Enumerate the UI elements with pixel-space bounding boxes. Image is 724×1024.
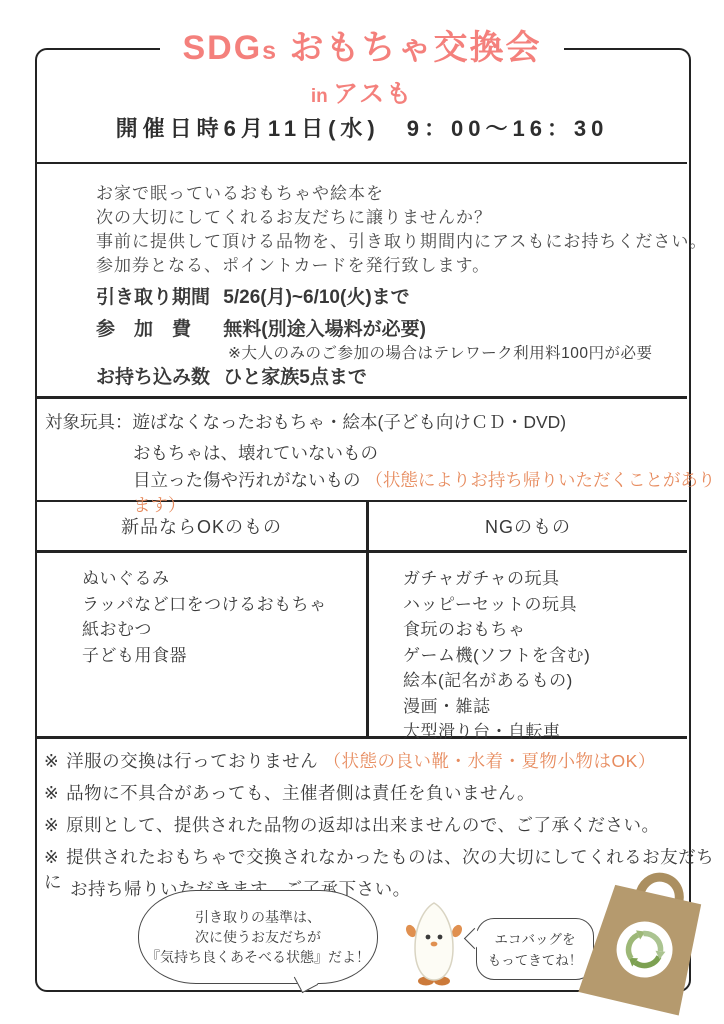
bubble-line: エコバッグを (477, 929, 593, 950)
event-datetime: 開催日時6月11日(水) 9：00～16：30 (0, 112, 724, 143)
subtitle-row: in アスも (0, 74, 724, 110)
list-item: 紙おむつ (82, 617, 327, 643)
subtitle-in: in (311, 86, 333, 107)
flyer-page: SDGs おもちゃ交換会 in アスも 開催日時6月11日(水) 9：00～16… (0, 0, 724, 1024)
ng-items-list: ガチャガチャの玩具 ハッピーセットの玩具 食玩のおもちゃ ゲーム機(ソフトを含む… (403, 566, 590, 745)
fee-note: ※大人のみのご参加の場合はテレワーク利用料100円が必要 (228, 341, 653, 363)
target-toys-line3: 目立った傷や汚れがないもの （状態によりお持ち帰りいただくことがあります） (133, 467, 724, 517)
title-sdg: SDG (182, 29, 262, 67)
title-small-s: s (262, 37, 278, 65)
note-marker: ※ (44, 847, 59, 867)
event-datetime-label: 開催日時 (116, 116, 224, 141)
pickup-standard-bubble: 引き取りの基準は、 次に使うお友だちが 『気持ち良くあそべる状態』だよ！ (138, 890, 378, 984)
fee-label: 参 加 費 (96, 314, 218, 341)
intro-line: 事前に提供して頂ける品物を、引き取り期間内にアスもにお持ちください。 (96, 230, 707, 254)
target-toys-line1: 対象玩具：遊ばなくなったおもちゃ・絵本(子ども向けＣＤ・DVD) (45, 409, 566, 434)
ok-items-list: ぬいぐるみ ラッパなど口をつけるおもちゃ 紙おむつ 子ども用食器 (82, 566, 327, 668)
list-item: 大型滑り台・自転車 (403, 719, 590, 745)
divider-above-target (37, 396, 687, 399)
divider-table-header-bottom (37, 550, 687, 553)
note-clothes-exception: （状態の良い靴・水着・夏物小物はOK） (324, 751, 656, 771)
title-rest: おもちゃ交換会 (278, 29, 541, 67)
list-item: ぬいぐるみ (82, 566, 327, 592)
title-row: SDGs おもちゃ交換会 (0, 26, 724, 73)
rice-mascot-icon (404, 900, 464, 993)
note-liability: ※品物に不具合があっても、主催者側は責任を負いません。 (44, 780, 535, 805)
item-limit-label: お持ち込み数 (96, 362, 218, 389)
list-item: 食玩のおもちゃ (403, 617, 590, 643)
intro-line: お家で眠っているおもちゃや絵本を (96, 182, 707, 206)
item-limit-value: ひと家族5点まで (223, 367, 367, 388)
note-text: 原則として、提供された品物の返却は出来ませんので、ご了承ください。 (66, 815, 659, 835)
list-item: ゲーム機(ソフトを含む) (403, 643, 590, 669)
pickup-period-label: 引き取り期間 (96, 282, 218, 309)
list-item: 漫画・雑誌 (403, 694, 590, 720)
intro-line: 参加券となる、ポイントカードを発行致します。 (96, 254, 707, 278)
note-marker: ※ (44, 783, 59, 803)
note-marker: ※ (44, 751, 59, 771)
event-datetime-value: 6月11日(水) 9：00～16：30 (224, 116, 609, 141)
note-text: 品物に不具合があっても、主催者側は責任を負いません。 (66, 783, 535, 803)
list-item: ハッピーセットの玩具 (403, 592, 590, 618)
bubble-line: もってきてね！ (477, 950, 593, 971)
pickup-period-value: 5/26(月)~6/10(火)まで (223, 287, 409, 308)
fee-value: 無料(別途入場料が必要) (223, 319, 426, 340)
page-title: SDGs おもちゃ交換会 (160, 26, 563, 73)
intro-line: 次の大切にしてくれるお友だちに譲りませんか？ (96, 206, 707, 230)
item-limit-row: お持ち込み数 ひと家族5点まで (96, 362, 367, 389)
intro-paragraph: お家で眠っているおもちゃや絵本を 次の大切にしてくれるお友だちに譲りませんか？ … (96, 182, 707, 278)
bubble-line: 次に使うお友だちが (139, 927, 377, 947)
note-clothes: ※洋服の交換は行っておりません （状態の良い靴・水着・夏物小物はOK） (44, 748, 656, 773)
target-toys-line3-text: 目立った傷や汚れがないもの (133, 470, 365, 490)
note-marker: ※ (44, 815, 59, 835)
list-item: ラッパなど口をつけるおもちゃ (82, 592, 327, 618)
note-text: 洋服の交換は行っておりません (66, 751, 323, 771)
list-item: 絵本(記名があるもの) (403, 668, 590, 694)
list-item: ガチャガチャの玩具 (403, 566, 590, 592)
subtitle-place: アスも (333, 80, 413, 108)
bubble-line: 『気持ち良くあそべる状態』だよ！ (139, 947, 377, 967)
pickup-period-row: 引き取り期間 5/26(月)~6/10(火)まで (96, 282, 410, 309)
divider-under-date (37, 162, 687, 164)
note-no-return: ※原則として、提供された品物の返却は出来ませんので、ご了承ください。 (44, 812, 659, 837)
target-toys-line2: おもちゃは、壊れていないもの (133, 440, 378, 465)
fee-row: 参 加 費 無料(別途入場料が必要) (96, 314, 426, 341)
table-header-ng: NGのもの (369, 513, 687, 539)
list-item: 子ども用食器 (82, 643, 327, 669)
ecobag-bubble: エコバッグを もってきてね！ (476, 918, 594, 980)
bubble-line: 引き取りの基準は、 (139, 907, 377, 927)
table-header-ok: 新品ならOKのもの (37, 513, 366, 539)
